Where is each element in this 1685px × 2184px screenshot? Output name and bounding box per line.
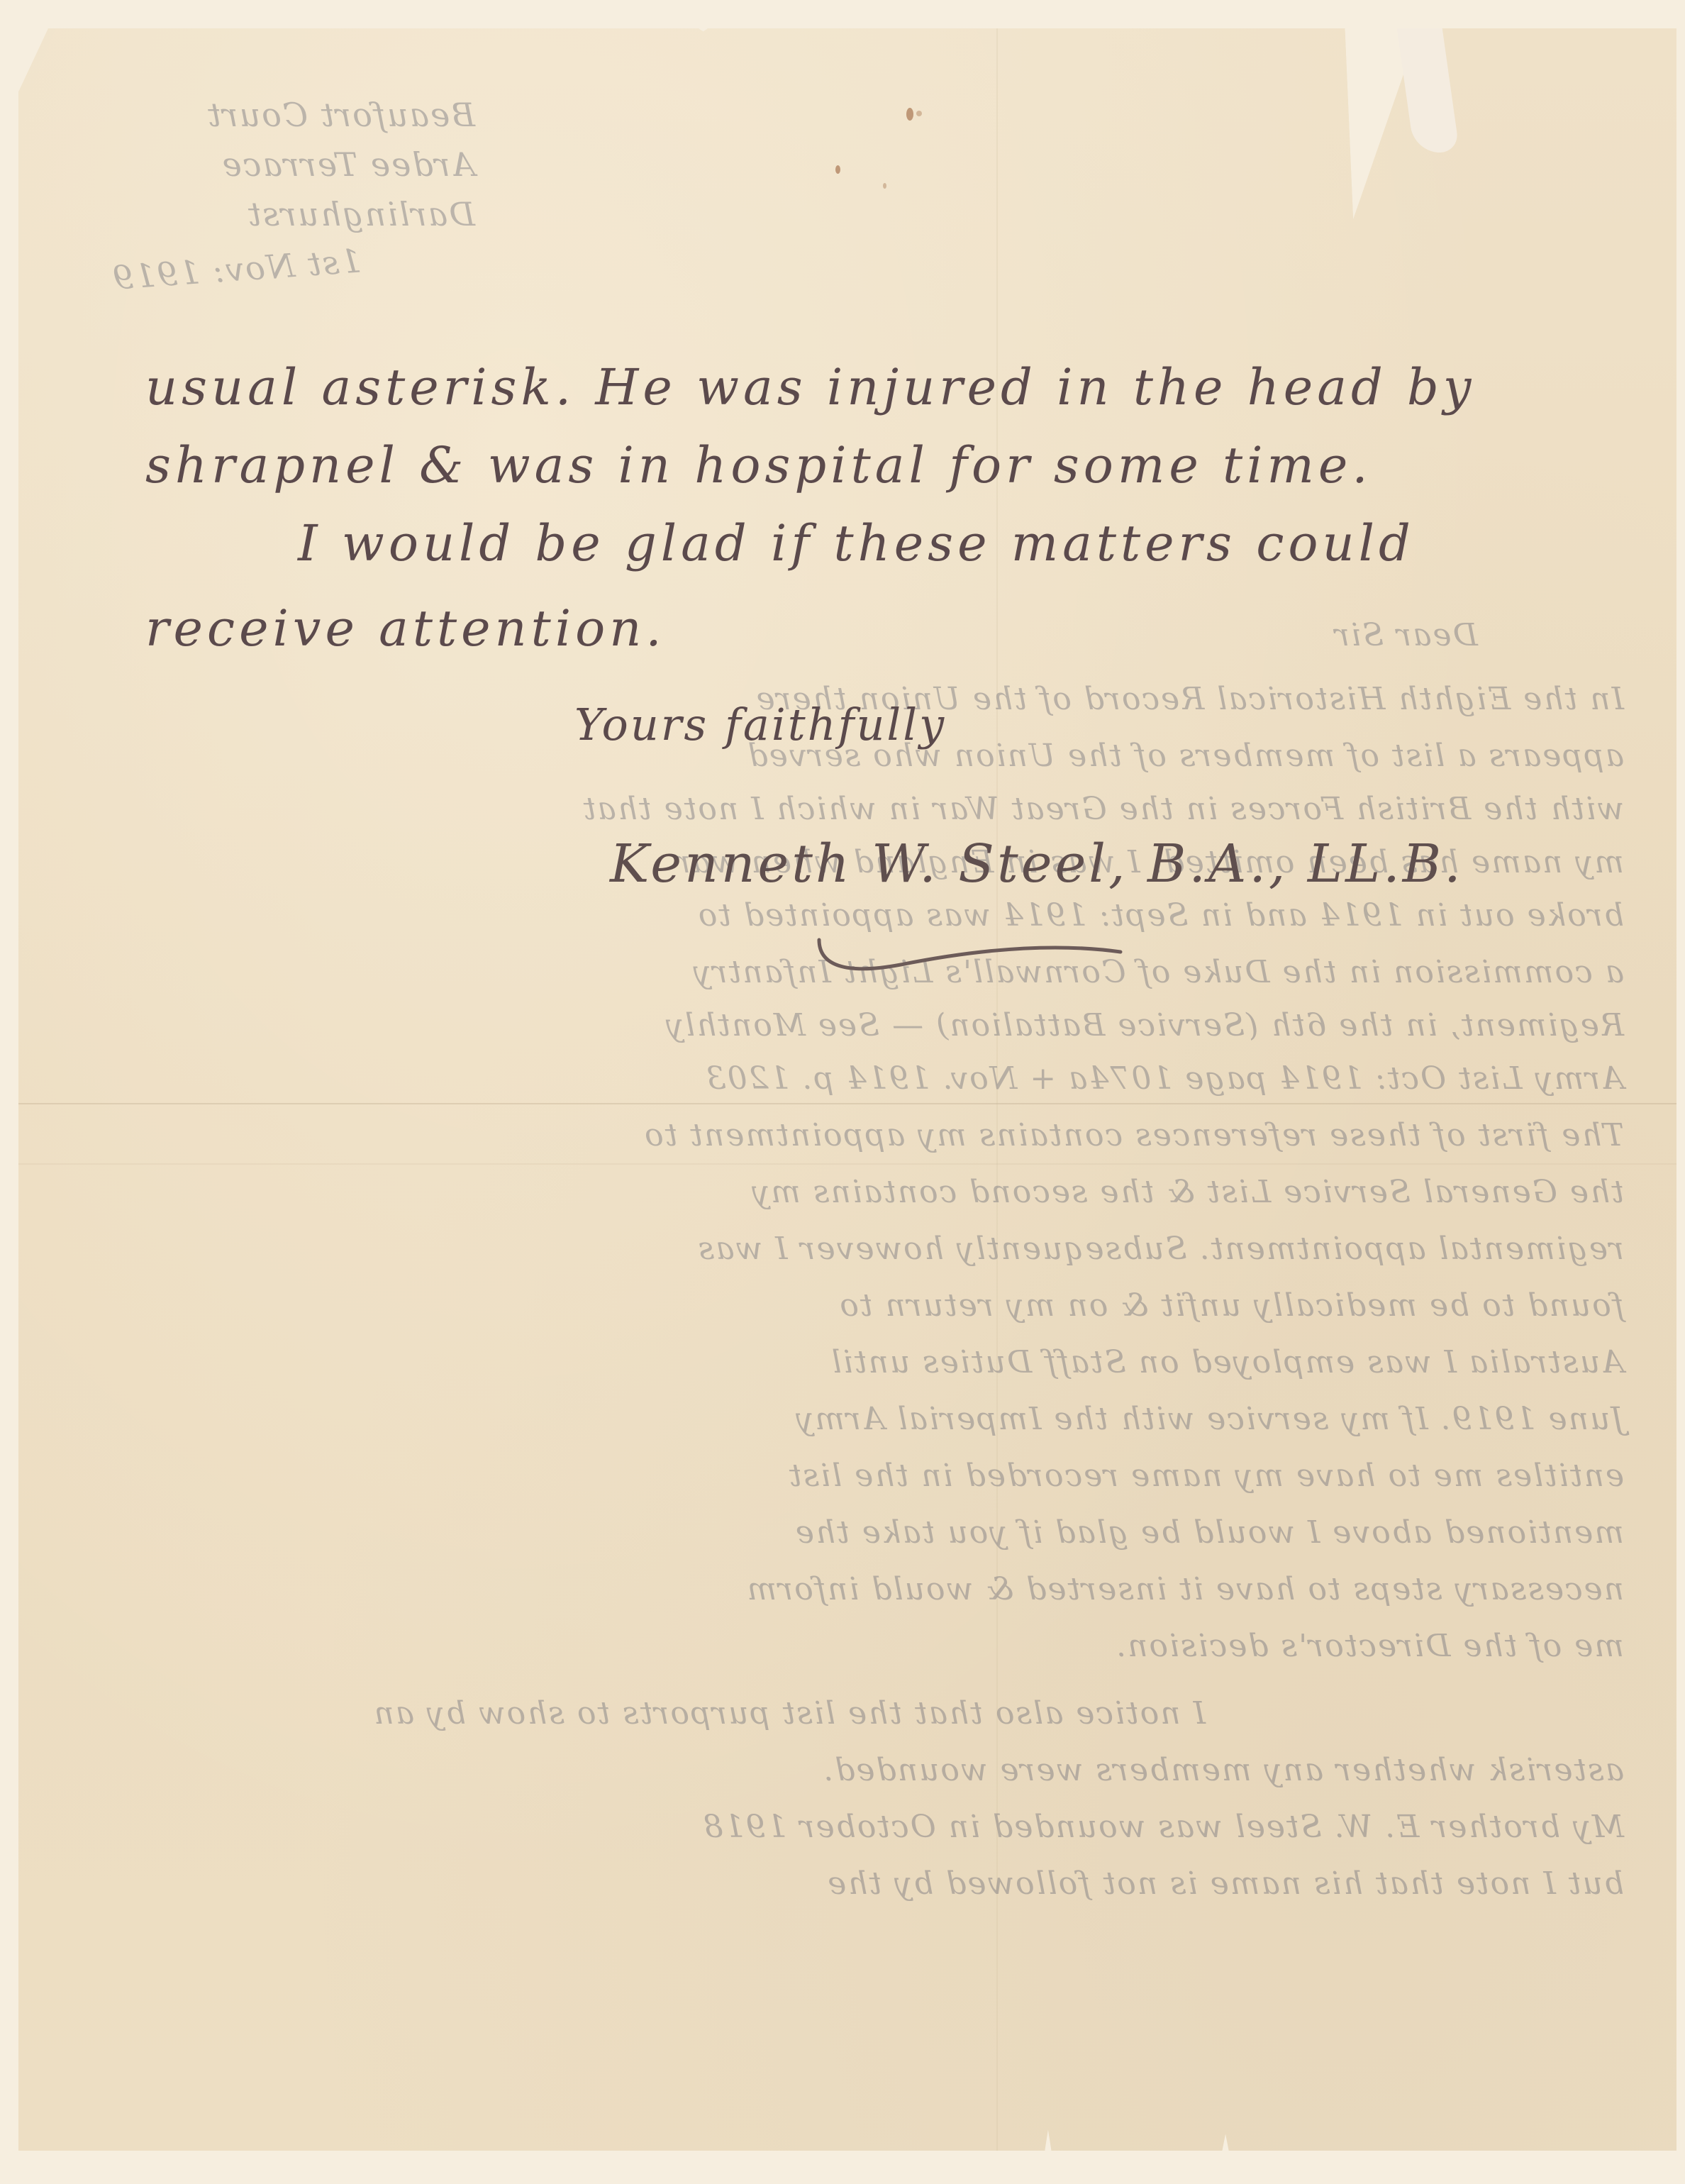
- ink-stain: [835, 165, 840, 174]
- bleed-line: Dear Sir: [1333, 617, 1478, 653]
- bleed-line: Australia I was employed on Staff Duties…: [78, 1344, 1624, 1380]
- letter-line: receive attention.: [145, 599, 666, 658]
- ink-stain: [906, 108, 913, 121]
- bleed-line: necessary steps to have it inserted & wo…: [78, 1571, 1624, 1607]
- bleed-line: me of the Director's decision.: [78, 1628, 1624, 1664]
- letter-signature: Kenneth W. Steel, B.A., LL.B.: [610, 833, 1464, 894]
- bleed-address-line: Darlinghurst: [163, 195, 475, 233]
- letter-line: I would be glad if these matters could: [298, 514, 1415, 572]
- bleed-line: with the British Forces in the Great War…: [78, 791, 1624, 827]
- bleed-address-line: Beaufort Court: [177, 96, 475, 134]
- signature-flourish: [816, 936, 1128, 979]
- bleed-line: June 1919. If my service with the Imperi…: [78, 1401, 1624, 1437]
- ink-stain: [916, 111, 922, 116]
- bleed-line: The first of these references contains m…: [78, 1117, 1624, 1153]
- bleed-line: found to be medically unfit & on my retu…: [78, 1287, 1624, 1324]
- letter-line: usual asterisk. He was injured in the he…: [145, 358, 1475, 416]
- bleed-line: but I note that his name is not followed…: [78, 1866, 1624, 1902]
- bleed-line: the General Service List & the second co…: [78, 1174, 1624, 1210]
- bleed-line: entitles me to have my name recorded in …: [78, 1458, 1624, 1494]
- bleed-line: mentioned above I would be glad if you t…: [78, 1514, 1624, 1551]
- ink-stain: [883, 183, 886, 189]
- bleed-line: I notice also that the list purports to …: [426, 1695, 1206, 1731]
- bleed-line: Regiment, in the 6th (Service Battalion)…: [78, 1007, 1624, 1043]
- bleed-address-line: Ardee Terrace: [177, 145, 475, 184]
- bleed-line: Army List Oct: 1914 page 1074a + Nov. 19…: [78, 1060, 1624, 1097]
- bleed-line: regimental appointment. Subsequently how…: [78, 1231, 1624, 1267]
- horizontal-fold-line-secondary: [18, 1163, 1676, 1165]
- bleed-line: broke out in 1914 and in Sept: 1914 was …: [78, 897, 1624, 933]
- bleed-line: My brother E. W. Steel was wounded in Oc…: [78, 1809, 1624, 1845]
- letter-line: shrapnel & was in hospital for some time…: [145, 436, 1372, 494]
- letter-closing: Yours faithfully: [574, 699, 946, 750]
- bleed-line: asterisk whether any members were wounde…: [78, 1752, 1624, 1788]
- horizontal-fold-line: [18, 1103, 1676, 1104]
